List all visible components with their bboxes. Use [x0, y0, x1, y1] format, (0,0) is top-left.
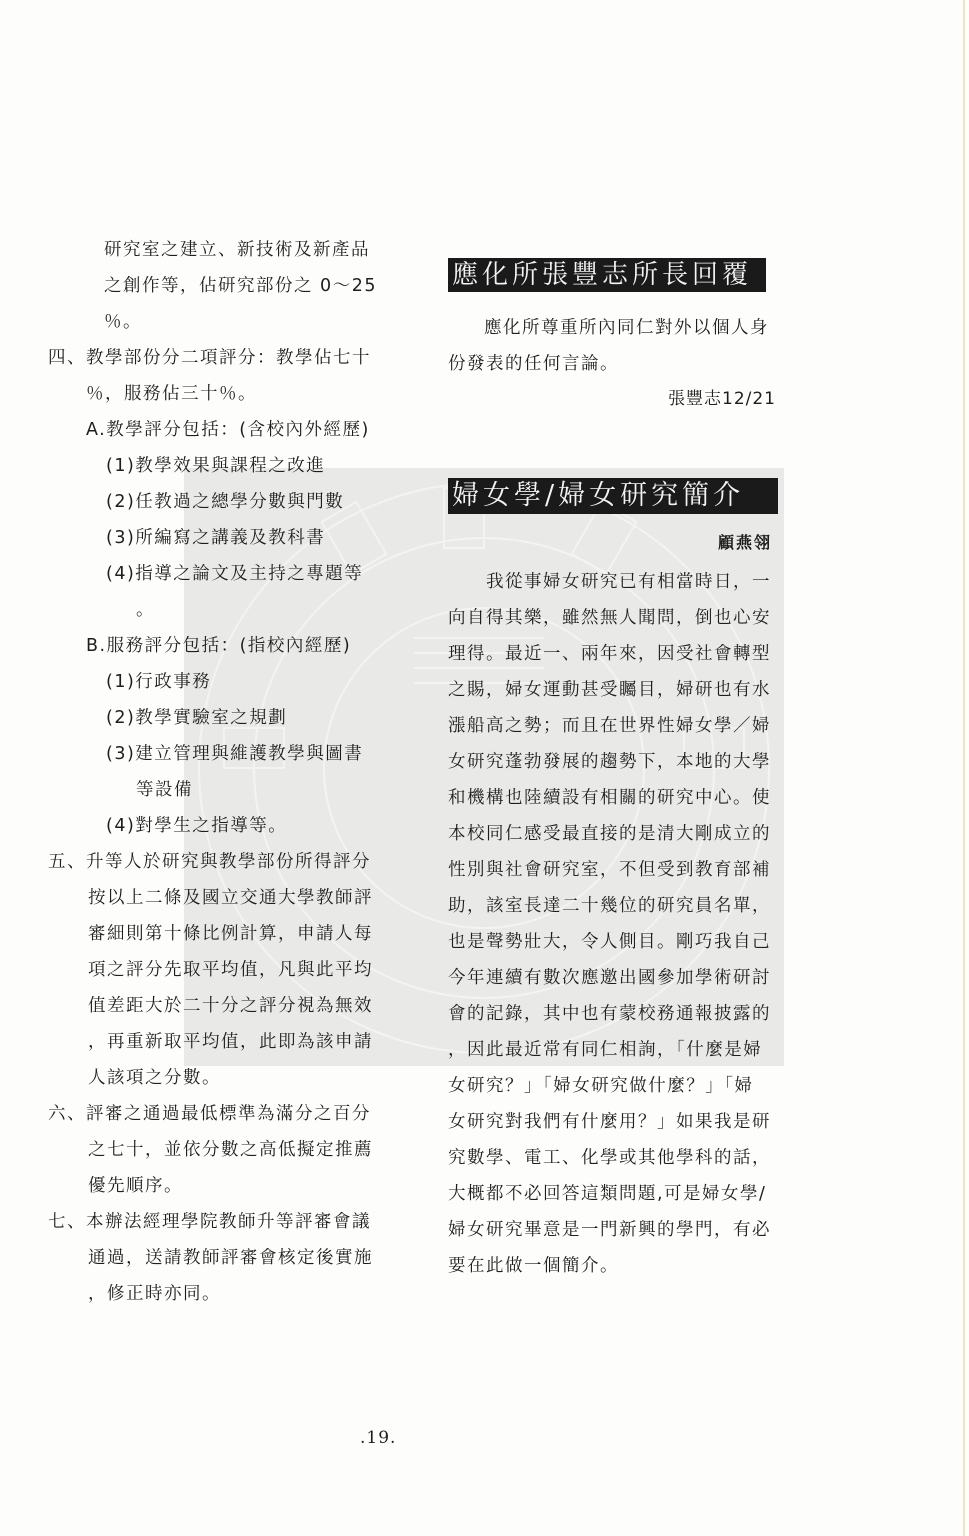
regulation-text-line: (4)指導之論文及主持之專題等: [106, 562, 363, 586]
regulation-text-line: 研究室之建立、新技術及新產品: [104, 238, 370, 262]
regulation-text-line: (2)教學實驗室之規劃: [106, 706, 287, 730]
regulation-text-line: (3)所編寫之講義及教科書: [106, 526, 325, 550]
regulation-text-line: ，再重新取平均值，此即為該申請: [88, 1030, 373, 1054]
article-text-line: 也是聲勢壯大，令人側目。剛巧我自己: [448, 930, 771, 954]
regulation-text-line: (4)對學生之指導等。: [106, 814, 287, 838]
regulation-text-line: 四、教學部份分二項評分：教學佔七十: [48, 346, 371, 370]
article-text-line: 理得。最近一、兩年來，因受社會轉型: [448, 642, 771, 666]
article-text-line: 漲船高之勢；而且在世界性婦女學／婦: [448, 714, 771, 738]
regulation-text-line: 五、升等人於研究與教學部份所得評分: [48, 850, 371, 874]
regulation-text-line: 之創作等，佔研究部份之 0～25: [104, 274, 377, 298]
page-edge: [963, 0, 965, 1536]
page-number: .19.: [360, 1428, 396, 1448]
article-text-line: 今年連續有數次應邀出國參加學術研討: [448, 966, 771, 990]
article-text-line: 女研究？」「婦女研究做什麼？」「婦: [448, 1074, 754, 1098]
regulation-text-line: 人該項之分數。: [88, 1066, 221, 1090]
regulation-text-line: ％，服務佔三十％。: [86, 382, 257, 406]
regulation-text-line: A.教學評分包括：(含校內外經歷): [86, 418, 370, 442]
regulation-text-line: (2)任教過之總學分數與門數: [106, 490, 344, 514]
reply-section-title: 應化所張豐志所長回覆: [448, 258, 766, 292]
article-text-line: 性別與社會研究室，不但受到教育部補: [448, 858, 771, 882]
regulation-text-line: 等設備: [136, 778, 193, 802]
regulation-text-line: (3)建立管理與維護教學與圖書: [106, 742, 363, 766]
regulation-text-line: (1)教學效果與課程之改進: [106, 454, 325, 478]
article-text-line: 和機構也陸續設有相關的研究中心。使: [448, 786, 771, 810]
regulation-text-line: 六、評審之通過最低標準為滿分之百分: [48, 1102, 371, 1126]
article-text-line: 本校同仁感受最直接的是清大剛成立的: [448, 822, 771, 846]
regulation-text-line: B.服務評分包括：(指校內經歷): [86, 634, 351, 658]
reply-text-line: 應化所尊重所內同仁對外以個人身: [484, 316, 769, 340]
regulation-text-line: 優先順序。: [88, 1174, 183, 1198]
regulation-text-line: 按以上二條及國立交通大學教師評: [88, 886, 373, 910]
article-text-line: 要在此做一個簡介。: [448, 1254, 619, 1278]
article-author: 顧燕翎: [718, 530, 772, 553]
regulation-text-line: 通過，送請教師評審會核定後實施: [88, 1246, 373, 1270]
article-text-line: 之賜，婦女運動甚受矚目，婦研也有水: [448, 678, 771, 702]
reply-signature: 張豐志12/21: [668, 384, 776, 409]
reply-text-line: 份發表的任何言論。: [448, 352, 619, 376]
regulation-text-line: 項之評分先取平均值，凡與此平均: [88, 958, 373, 982]
article-text-line: 女研究蓬勃發展的趨勢下，本地的大學: [448, 750, 771, 774]
regulation-text-line: (1)行政事務: [106, 670, 211, 694]
regulation-text-line: 七、本辦法經理學院教師升等評審會議: [48, 1210, 371, 1234]
article-text-line: 究數學、電工、化學或其他學科的話，: [448, 1146, 771, 1170]
article-text-line: 我從事婦女研究已有相當時日，一: [486, 570, 771, 594]
regulation-text-line: 。: [136, 598, 155, 622]
regulation-text-line: 之七十，並依分數之高低擬定推薦: [88, 1138, 373, 1162]
regulation-text-line: 審細則第十條比例計算，申請人每: [88, 922, 373, 946]
regulation-text-line: ％。: [104, 310, 142, 334]
article-text-line: 女研究對我們有什麼用？」如果我是研: [448, 1110, 771, 1134]
article-text-line: 助，該室長達二十幾位的研究員名單，: [448, 894, 771, 918]
regulation-text-line: 值差距大於二十分之評分視為無效: [88, 994, 373, 1018]
article-text-line: ，因此最近常有同仁相詢，「什麼是婦: [448, 1038, 762, 1062]
article-text-line: 大概都不必回答這類問題,可是婦女學/: [448, 1182, 766, 1206]
article-section-title: 婦女學/婦女研究簡介: [448, 478, 778, 514]
regulation-text-line: ，修正時亦同。: [88, 1282, 221, 1306]
article-text-line: 向自得其樂，雖然無人聞問，倒也心安: [448, 606, 771, 630]
article-text-line: 婦女研究畢意是一門新興的學門，有必: [448, 1218, 771, 1242]
article-text-line: 會的記錄，其中也有蒙校務通報披露的: [448, 1002, 771, 1026]
